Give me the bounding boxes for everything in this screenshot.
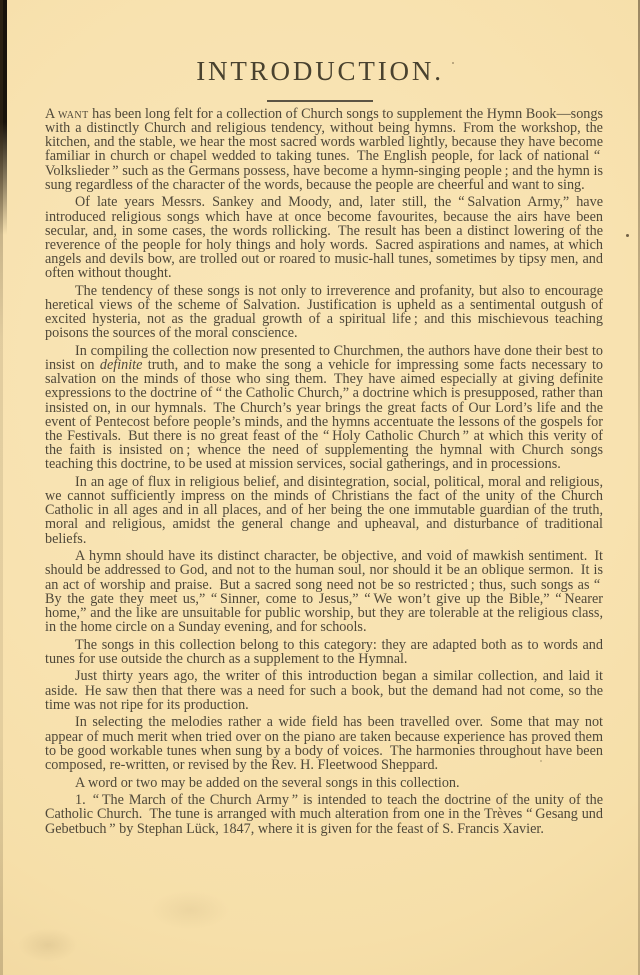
paragraph-text: A word or two may be added on the severa… [75, 775, 460, 791]
paragraph: A hymn should have its distinct characte… [45, 549, 603, 634]
paragraph-text: 1. “ The March of the Church Army ” is i… [45, 792, 603, 836]
paragraph-text: In selecting the melodies rather a wide … [45, 714, 603, 772]
paragraph: The tendency of these songs is not only … [45, 284, 603, 341]
paragraph-text: Of late years Messrs. Sankey and Moody, … [45, 194, 603, 281]
paragraph: A word or two may be added on the severa… [45, 776, 603, 790]
paragraph: Of late years Messrs. Sankey and Moody, … [45, 195, 603, 280]
paper-blotch [18, 928, 78, 962]
paragraph: 1. “ The March of the Church Army ” is i… [45, 793, 603, 835]
paragraph-text: The songs in this collection belong to t… [45, 637, 603, 667]
paragraph: Just thirty years ago, the writer of thi… [45, 669, 603, 711]
scanned-book-page: INTRODUCTION. A want has been long felt … [0, 0, 640, 975]
paragraph: A want has been long felt for a collecti… [45, 107, 603, 192]
paragraph-text: truth, and to make the song a vehicle fo… [45, 357, 603, 472]
paragraph: In selecting the melodies rather a wide … [45, 715, 603, 772]
title-divider-rule [267, 100, 373, 102]
paragraph: In an age of flux in religious belief, a… [45, 475, 603, 546]
body-text: A want has been long felt for a collecti… [45, 107, 603, 836]
paragraph-text: A hymn should have its distinct characte… [45, 548, 603, 635]
paragraph-text: In an age of flux in religious belief, a… [45, 474, 603, 547]
scan-edge-shadow-left [0, 0, 3, 975]
paragraph-text: has been long felt for a collection of C… [45, 106, 603, 193]
paper-blotch [150, 890, 230, 930]
paragraph: The songs in this collection belong to t… [45, 638, 603, 666]
paper-speck [626, 234, 629, 237]
page-title: INTRODUCTION. [0, 56, 640, 87]
paragraph: In compiling the collection now presente… [45, 344, 603, 471]
paragraph-text: Just thirty years ago, the writer of thi… [45, 668, 603, 712]
paragraph-text: The tendency of these songs is not only … [45, 283, 603, 341]
